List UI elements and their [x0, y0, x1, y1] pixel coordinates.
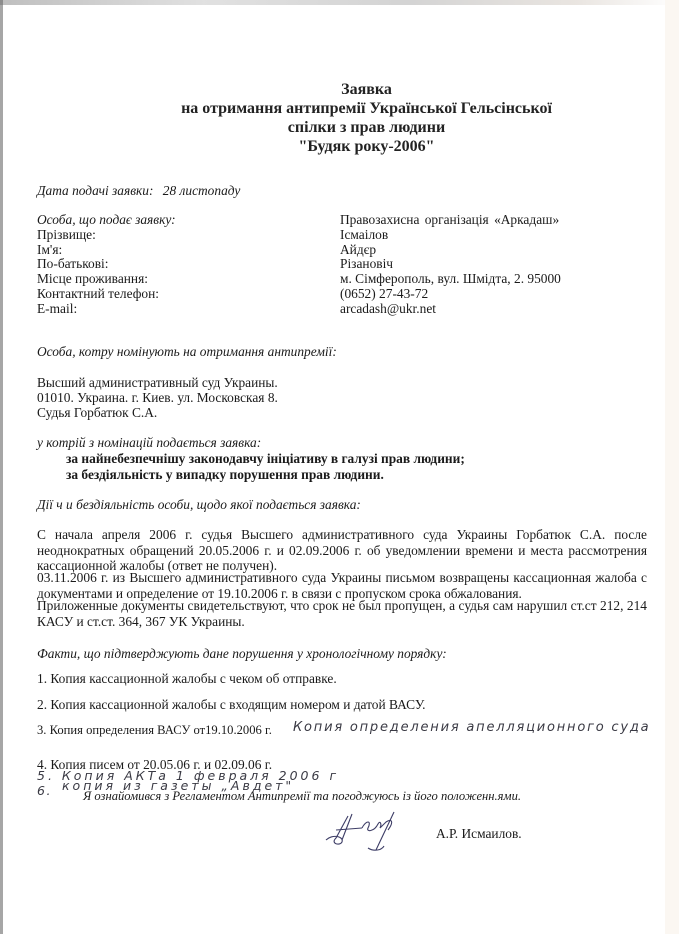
actions-paragraph-2: 03.11.2006 г. из Высшего административно… [37, 570, 647, 601]
declaration-text: Я ознайомився з Регламентом Антипремії т… [83, 789, 521, 805]
field-label-surname: Прізвище: [37, 227, 96, 243]
fact-item-2: 2. Копия кассационной жалобы с входящим … [37, 697, 426, 713]
fact-item-1: 1. Копия кассационной жалобы с чеком об … [37, 671, 337, 687]
scanned-document-page: Заявка на отримання антипремії Українськ… [0, 0, 679, 934]
scan-edge-top [0, 0, 679, 5]
nomination-item-1: за найнебезпечнішу законодавчу ініціатив… [66, 451, 465, 467]
title-line-1: Заявка [54, 80, 679, 99]
date-label: Дата подачі заявки: [37, 183, 153, 198]
field-value-phone: (0652) 27-43-72 [340, 286, 428, 302]
title-line-3: спілки з прав людини [54, 118, 679, 137]
document-title: Заявка на отримання антипремії Українськ… [0, 80, 679, 156]
submission-date: Дата подачі заявки: 28 листопаду [37, 183, 240, 199]
nominee-line-3: Судья Горбатюк С.А. [37, 405, 157, 421]
field-value-patronymic: Різановіч [340, 256, 393, 272]
nominee-line-1: Высший административный суд Украины. [37, 375, 278, 391]
actions-heading: Дії ч и бездіяльність особи, щодо якої п… [37, 497, 361, 513]
facts-heading: Факти, що підтверджують дане порушення у… [37, 646, 447, 662]
applicant-organization: Правозахисна організація «Аркадаш» [340, 212, 559, 228]
date-value: 28 листопаду [163, 183, 241, 198]
nomination-item-2: за бездіяльність у випадку порушення пра… [66, 467, 384, 483]
applicant-heading: Особа, що подає заявку: [37, 212, 176, 228]
handwritten-item-6-number: 6. [37, 783, 52, 799]
field-value-email: arcadash@ukr.net [340, 301, 436, 317]
signature-scribble [322, 808, 422, 854]
field-value-address: м. Сімферополь, вул. Шмідта, 2. 95000 [340, 271, 561, 287]
title-line-4: "Будяк року-2006" [54, 137, 679, 156]
nominee-line-2: 01010. Украина. г. Киев. ул. Московская … [37, 390, 278, 406]
field-value-surname: Ісмаілов [340, 227, 388, 243]
field-label-address: Місце проживання: [37, 271, 148, 287]
handwritten-note-3: Копия определения апелляционного суда [293, 720, 650, 736]
fact-item-3: 3. Копия определения ВАСУ от19.10.2006 г… [37, 723, 272, 739]
signatory-name: А.Р. Исмаилов. [436, 826, 522, 842]
actions-paragraph-3: Приложенные документы свидетельствуют, ч… [37, 598, 647, 629]
field-label-phone: Контактний телефон: [37, 286, 159, 302]
title-line-2: на отримання антипремії Української Гель… [54, 99, 679, 118]
field-label-email: E-mail: [37, 301, 77, 317]
field-label-patronymic: По-батькові: [37, 256, 108, 272]
nominations-heading: у котрій з номінацій подається заявка: [37, 435, 261, 451]
actions-paragraph-1: С начала апреля 2006 г. судья Высшего ад… [37, 527, 647, 574]
nominee-heading: Особа, котру номінують на отримання анти… [37, 344, 337, 360]
